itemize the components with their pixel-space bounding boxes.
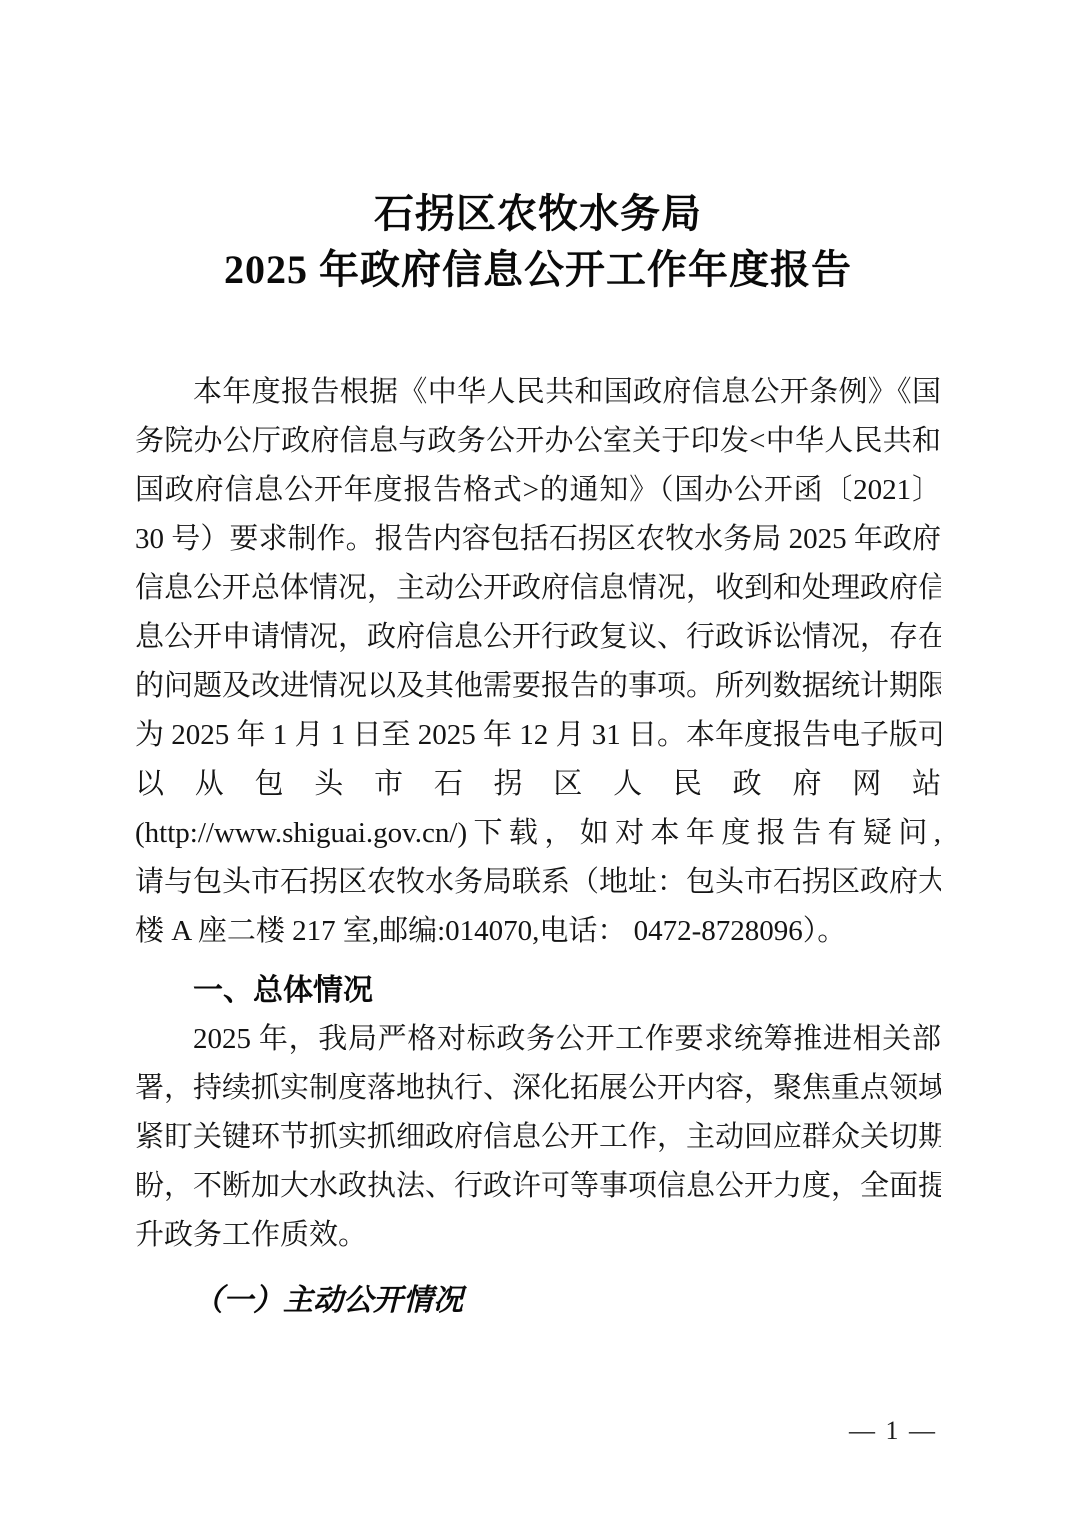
paragraph-intro: 本年度报告根据《中华人民共和国政府信息公开条例》《国 务院办公厅政府信息与政务公… (135, 368, 941, 956)
section-heading-overall-situation: 一、总体情况 (135, 966, 941, 1015)
page-number: — 1 — (849, 1416, 937, 1446)
paragraph-overall: 2025 年，我局严格对标政务公开工作要求统筹推进相关部 署，持续抓实制度落地执… (135, 1015, 941, 1260)
document-title: 石拐区农牧水务局 2025 年政府信息公开工作年度报告 (135, 186, 941, 298)
document-title-line2: 2025 年政府信息公开工作年度报告 (135, 242, 941, 298)
body-line: 紧盯关键环节抓实抓细政府信息公开工作，主动回应群众关切期 (135, 1113, 941, 1162)
body-line: (http://www.shiguai.gov.cn/)下载，如对本年度报告有疑… (135, 809, 941, 858)
body-line: 30 号）要求制作。报告内容包括石拐区农牧水务局 2025 年政府 (135, 515, 941, 564)
body-line: 本年度报告根据《中华人民共和国政府信息公开条例》《国 (135, 368, 941, 417)
subsection-heading-proactive-disclosure: （一）主动公开情况 (135, 1276, 941, 1325)
body-line: 楼 A 座二楼 217 室,邮编:014070,电话： 0472-8728096… (135, 907, 941, 956)
body-line: 务院办公厅政府信息与政务公开办公室关于印发<中华人民共和 (135, 417, 941, 466)
body-line: 署，持续抓实制度落地执行、深化拓展公开内容，聚焦重点领域、 (135, 1064, 941, 1113)
body-line: 信息公开总体情况，主动公开政府信息情况，收到和处理政府信 (135, 564, 941, 613)
body-line: 国政府信息公开年度报告格式>的通知》（国办公开函〔2021〕 (135, 466, 941, 515)
document-page: 石拐区农牧水务局 2025 年政府信息公开工作年度报告 本年度报告根据《中华人民… (0, 0, 1074, 1520)
body-line: 请与包头市石拐区农牧水务局联系（地址：包头市石拐区政府大 (135, 858, 941, 907)
body-line: 盼，不断加大水政执法、行政许可等事项信息公开力度，全面提 (135, 1162, 941, 1211)
body-line: 升政务工作质效。 (135, 1211, 941, 1260)
body-line: 以 从 包 头 市 石 拐 区 人 民 政 府 网 站 (135, 760, 941, 809)
body-line: 为 2025 年 1 月 1 日至 2025 年 12 月 31 日。本年度报告… (135, 711, 941, 760)
body-line: 2025 年，我局严格对标政务公开工作要求统筹推进相关部 (135, 1015, 941, 1064)
body-line: 的问题及改进情况以及其他需要报告的事项。所列数据统计期限 (135, 662, 941, 711)
body-line: 息公开申请情况，政府信息公开行政复议、行政诉讼情况，存在 (135, 613, 941, 662)
document-content: 石拐区农牧水务局 2025 年政府信息公开工作年度报告 本年度报告根据《中华人民… (135, 186, 941, 1325)
document-title-line1: 石拐区农牧水务局 (135, 186, 941, 242)
